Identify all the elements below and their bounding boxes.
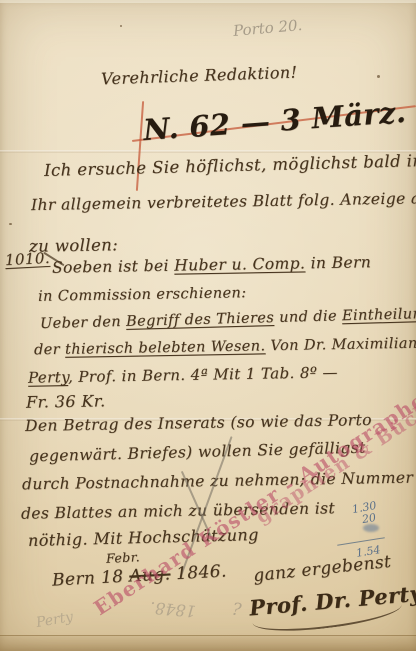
ad-text: und die: [274, 308, 342, 326]
book-title-part: Eintheilung: [342, 306, 416, 324]
pencil-question-mark: ?: [231, 599, 243, 620]
book-title-part: Begriff des Thieres: [126, 310, 275, 330]
publisher-name: Huber u. Comp.: [174, 254, 305, 274]
ink-speck: [120, 25, 122, 27]
paper-bottom-fold: [0, 635, 416, 651]
scan-top-edge: [0, 0, 416, 3]
price-line: Fr. 36 Kr.: [26, 391, 106, 411]
pencil-smudge: [363, 524, 379, 532]
ad-text: in Bern: [305, 253, 371, 272]
issue-number-line: N. 62 — 3 März.: [142, 95, 407, 147]
ad-line: in Commission erschienen:: [38, 285, 247, 305]
ad-line: Perty, Prof. in Bern. 4ª Mit 1 Tab. 8º —: [28, 363, 338, 386]
body-line: Ihr allgemein verbreitetes Blatt folg. A…: [31, 188, 416, 214]
porto-pencil-note: Porto 20.: [232, 16, 303, 40]
corrected-month: Febr.: [106, 549, 141, 566]
ad-text: der: [34, 342, 65, 359]
scanned-letter: Porto 20. Verehrliche Redaktion! N. 62 —…: [0, 0, 416, 651]
pencil-name-note: Perty: [35, 609, 75, 631]
ad-line: der thierisch belebten Wesen. Von Dr. Ma…: [34, 336, 416, 359]
book-title-part: thierisch belebten Wesen.: [65, 338, 266, 357]
salutation: Verehrliche Redaktion!: [101, 63, 298, 89]
ink-speck: [377, 75, 380, 78]
body-line: Ich ersuche Sie höflichst, möglichst bal…: [44, 151, 416, 180]
ad-text: Soeben ist bei: [52, 257, 174, 277]
ad-text: Ueber den: [40, 314, 126, 332]
ad-line: Ueber den Begriff des Thieres und die Ei…: [40, 306, 416, 332]
author-name: Perty: [28, 368, 68, 387]
ad-text: , Prof. in Bern. 4ª Mit 1 Tab. 8º —: [68, 363, 338, 386]
pencil-year-note-flipped: 1848.: [149, 598, 196, 621]
ad-text: Von Dr. Maximilian: [265, 336, 416, 355]
body-line: Den Betrag des Inserats (so wie das Port…: [25, 411, 372, 435]
ink-speck: [9, 223, 12, 225]
ad-line: Soeben ist bei Huber u. Comp. in Bern: [52, 253, 372, 277]
